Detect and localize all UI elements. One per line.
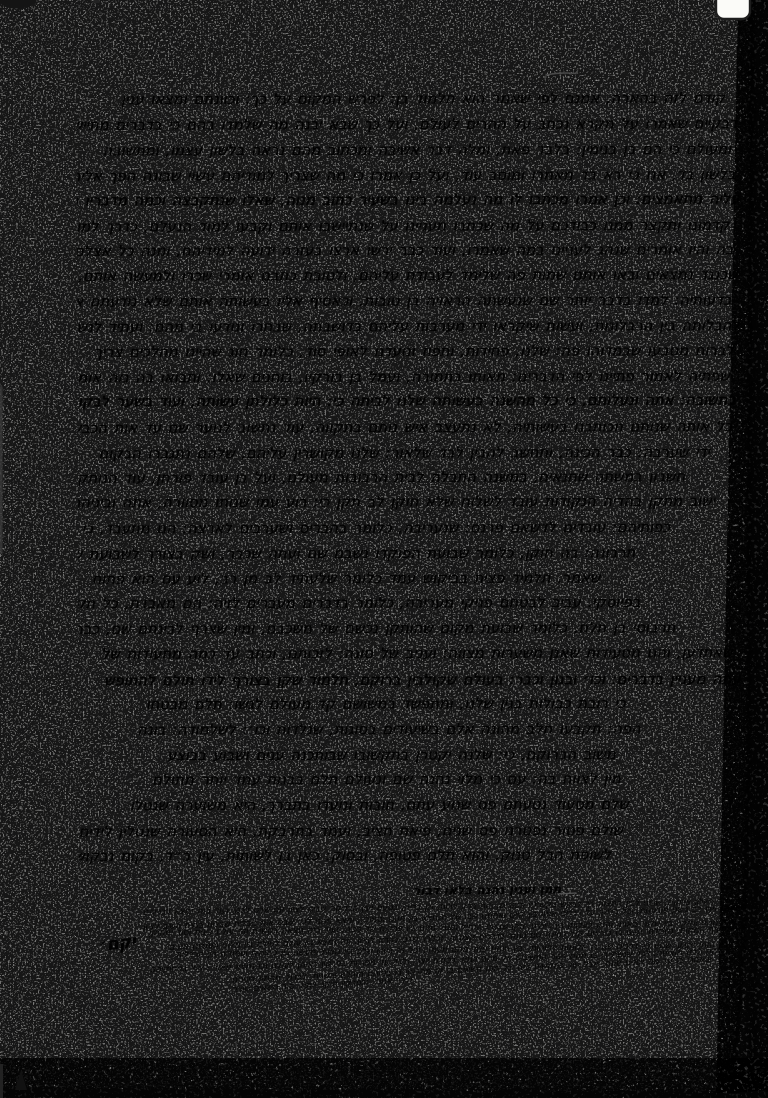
scan-speck-top bbox=[93, 0, 100, 3]
manuscript-line: כפותיהם: עובדים לדשאם פרנס: שנעריבה, כלו… bbox=[78, 516, 670, 543]
manuscript-line: ומעולם כי הם בן בנימין: בלבד פאת, ומלה ד… bbox=[77, 138, 731, 165]
manuscript-line: שלם מסעוד נטעתם פס שנוע עתם, חובות ונועד… bbox=[79, 793, 629, 820]
manuscript-line: ידי שערבה: כבר הכינה, ותחשב להבין לבד של… bbox=[78, 441, 710, 468]
gloss-text-block: בעיקר כשלון צריקה, שבינו לבין המצוה לך ל… bbox=[86, 894, 742, 997]
manuscript-line: הפה: תקבעו חלב מהונה אלם בשיעודים בסוגות… bbox=[79, 717, 641, 744]
manuscript-line: להבלותה בין הרבלונות, ועשות שיקראו ידי מ… bbox=[78, 314, 740, 341]
manuscript-line: שפתיה לאמור פתיינו לפי הדברים: מאותו בתמ… bbox=[78, 365, 730, 392]
scan-spike-mark bbox=[15, 1070, 27, 1090]
scan-edge-shadow-bottom bbox=[0, 1058, 768, 1098]
main-text-block: קודם לזה בהארה, אמנם לפי שאמר הוא תלמוד … bbox=[77, 87, 741, 879]
manuscript-line: תרבונה: בה חוקן, כלומר שבועת הפוקדו נשבם… bbox=[78, 541, 635, 568]
manuscript-line: בפיוסקי. עביב לבטחם פניקי מעריבה, כלומר … bbox=[78, 591, 640, 618]
manuscript-line: בדעותיה: למדו בדבר יותר שם שנעשתה הראויה… bbox=[77, 288, 731, 315]
manuscript-line: עתה מעניין בדברים: וכו׳ ובגון וכבר: בעול… bbox=[78, 667, 740, 694]
scan-corner-notch bbox=[716, 0, 750, 19]
manuscript-line: קדמונו ותקצר ממנו כבודכם על מה שכתבו מענ… bbox=[77, 214, 729, 241]
manuscript-line: שכנגד נמצאים ובאו אותם שמות פה שלימד לעב… bbox=[77, 264, 737, 291]
manuscript-line: שאמר. תלמיד פצית בביקוש עמד כלומר שלעתיד… bbox=[78, 566, 600, 593]
manuscript-line: משוב הברוקם, כי: שלנה יקטרן בתקשובו שבות… bbox=[79, 743, 616, 770]
manuscript-line: לשופת הבל טנוק, והוא תלם פטופה, ובסוק: כ… bbox=[79, 844, 611, 871]
manuscript-line: בה והיו אומרים שנהג לעניינו במה שאמרו, ו… bbox=[77, 238, 733, 265]
manuscript-line: בלשון בד, אנו כי בא בד מאמרו ומוסב עוד, … bbox=[77, 163, 735, 190]
margin-annotation: מעשהו bbox=[694, 902, 750, 915]
manuscript-line: מין לצווח בה: עם כי מלוי נהנה שם ונעולם … bbox=[79, 768, 621, 795]
scanned-manuscript-page: { "page": { "kind": "Scanned handwritten… bbox=[0, 0, 768, 1098]
manuscript-line: ישוב מתקן בהדיה הנקודות עובד לשלוח שלא ח… bbox=[78, 490, 715, 517]
manuscript-line: כי רובת כבולות בגין שלנו, ומתפשד במשושם … bbox=[79, 692, 626, 719]
manuscript-line: שולם פטור נפטרנו פס שנים, פיאת תציב, ועמ… bbox=[79, 819, 623, 846]
manuscript-line: לברוח מטבעו שבמדוהו פה: שלנו, פחידות, ות… bbox=[78, 339, 734, 366]
colophon-heading: תמן וענין נהנה בלאו דבור bbox=[352, 882, 622, 899]
scan-corner-blob-top-left bbox=[0, 0, 37, 9]
manuscript-line: כל אותה שנותם תכותבנו בעשותיה, לא נתעצב … bbox=[78, 415, 732, 442]
manuscript-line: תרבוסי בן תלם, כלומר שבועת מקום שהותקן נ… bbox=[78, 617, 675, 644]
manuscript-line: עליה מתאמצים: וכן אמרו מכתבו לו מה נעלמה… bbox=[77, 187, 739, 214]
scan-edge-sliver-left-bottom bbox=[0, 1064, 3, 1098]
scan-edge-sliver-left-mid bbox=[0, 386, 3, 554]
manuscript-line: שאתדען, והם מסעודות שאנן משערות מצווה: ו… bbox=[78, 642, 732, 669]
manuscript-line: חשבון במשתה שתנאים, במשנה התבלה לבית הרב… bbox=[78, 465, 685, 492]
manuscript-line: דבקיים שאמרו על מקרא נכתב על ההרים לעולם… bbox=[77, 112, 737, 139]
manuscript-line: קודם לזה בהארה, אמנם לפי שאמר הוא תלמוד … bbox=[77, 87, 725, 113]
manuscript-line: בתשובה: אתה ונעלותם, כי כל מהשנה בעשותה … bbox=[78, 389, 736, 416]
